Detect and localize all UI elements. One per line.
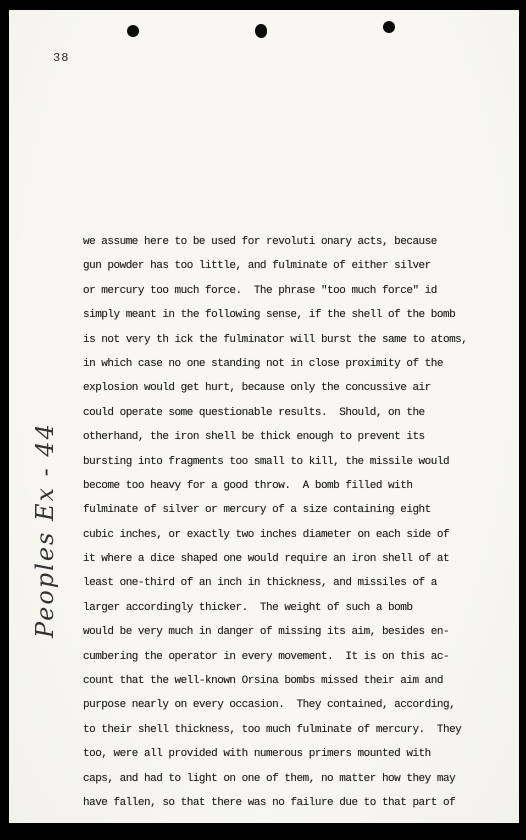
body-line: gun powder has too little, and fulminate… (83, 254, 493, 278)
body-line: count that the well-known Orsina bombs m… (83, 669, 493, 693)
body-line: too, were all provided with numerous pri… (83, 742, 493, 766)
body-line: could operate some questionable results.… (83, 401, 493, 425)
registration-dot-icon (127, 25, 139, 37)
body-line: or mercury too much force. The phrase "t… (83, 279, 493, 303)
body-line: simply meant in the following sense, if … (83, 303, 493, 327)
page-number: 38 (53, 51, 69, 65)
scanned-document: 38 Peoples Ex - 44 we assume here to be … (0, 0, 526, 840)
body-line: have fallen, so that there was no failur… (83, 791, 493, 815)
body-line: to their shell thickness, too much fulmi… (83, 718, 493, 742)
body-line: purpose nearly on every occasion. They c… (83, 693, 493, 717)
body-line: we assume here to be used for revoluti o… (83, 230, 493, 254)
body-line: cumbering the operator in every movement… (83, 645, 493, 669)
registration-dot-icon (255, 24, 267, 38)
body-line: cubic inches, or exactly two inches diam… (83, 523, 493, 547)
body-line: explosion would get hurt, because only t… (83, 376, 493, 400)
registration-dot-icon (383, 21, 395, 33)
body-line: otherhand, the iron shell be thick enoug… (83, 425, 493, 449)
body-line: it where a dice shaped one would require… (83, 547, 493, 571)
body-line: caps, and had to light on one of them, n… (83, 767, 493, 791)
body-line: least one-third of an inch in thickness,… (83, 571, 493, 595)
typewritten-body: we assume here to be used for revoluti o… (83, 230, 493, 815)
body-line: in which case no one standing not in clo… (83, 352, 493, 376)
body-line: would be very much in danger of missing … (83, 620, 493, 644)
body-line: bursting into fragments too small to kil… (83, 450, 493, 474)
body-line: fulminate of silver or mercury of a size… (83, 498, 493, 522)
document-page: 38 Peoples Ex - 44 we assume here to be … (9, 10, 519, 823)
body-line: become too heavy for a good throw. A bom… (83, 474, 493, 498)
body-line: larger accordingly thicker. The weight o… (83, 596, 493, 620)
exhibit-stamp: Peoples Ex - 44 (31, 422, 59, 638)
body-line: is not very th ick the fulminator will b… (83, 328, 493, 352)
